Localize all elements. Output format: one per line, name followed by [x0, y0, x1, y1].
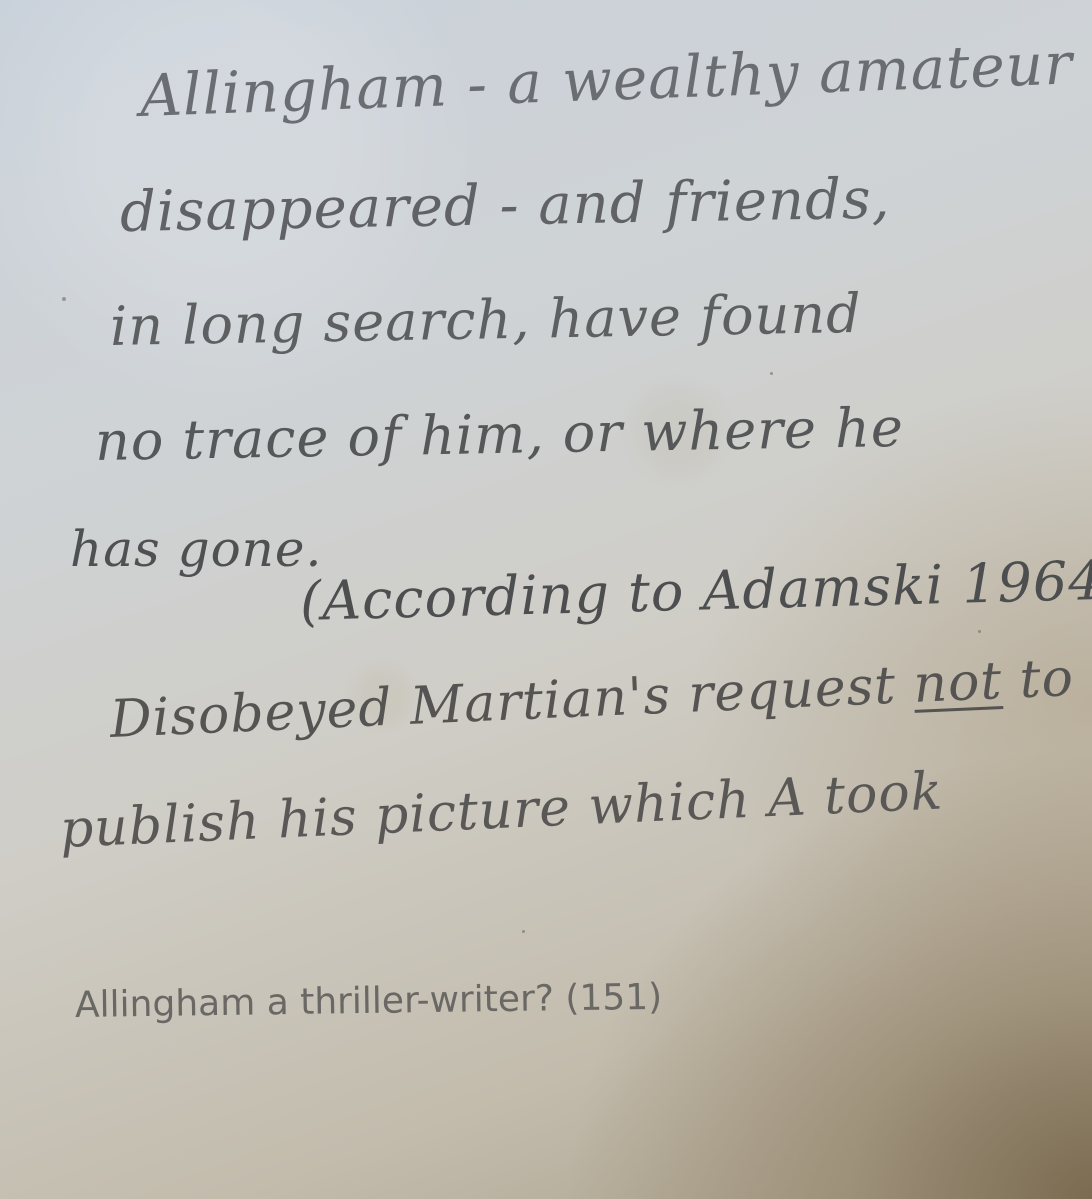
- paper-speck: [770, 372, 773, 375]
- paper-speck: [978, 630, 981, 633]
- note-line-4: no trace of him, or where he: [94, 396, 904, 473]
- margin-annotation: Allingham a thriller-writer? (151): [75, 977, 663, 1026]
- source-citation: (According to Adamski 1964): [299, 548, 1092, 633]
- line-7-after: to: [1001, 648, 1075, 711]
- note-line-2: disappeared - and friends,: [119, 167, 891, 245]
- note-line-5: has gone.: [70, 520, 322, 578]
- underlined-word-not: not: [912, 651, 1003, 715]
- note-line-1: Allingham - a wealthy amateur: [139, 29, 1074, 130]
- note-line-7: Disobeyed Martian's request not to: [109, 648, 1075, 750]
- paper-speck: [62, 297, 66, 301]
- note-line-3: in long search, have found: [109, 282, 862, 358]
- paper-speck: [522, 930, 525, 933]
- line-7-before: Disobeyed Martian's request: [109, 655, 915, 750]
- note-line-8: publish his picture which A took: [59, 761, 945, 859]
